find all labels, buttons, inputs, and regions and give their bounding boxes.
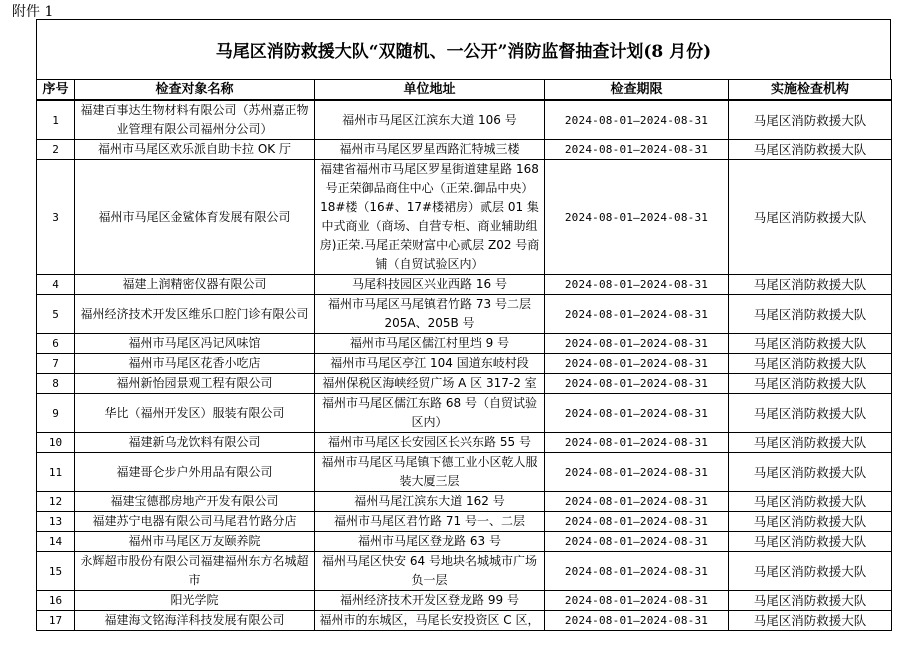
object-name: 福建新乌龙饮料有限公司 — [75, 433, 315, 453]
inspection-org: 马尾区消防救援大队 — [729, 374, 892, 394]
unit-address: 福州市马尾区马尾镇君竹路 73 号二层 205A、205B 号 — [315, 295, 545, 334]
row-number: 7 — [37, 354, 75, 374]
inspection-org: 马尾区消防救援大队 — [729, 552, 892, 591]
inspection-org: 马尾区消防救援大队 — [729, 532, 892, 552]
object-name: 福建海文铭海洋科技发展有限公司 — [75, 611, 315, 631]
unit-address: 福州市马尾区马尾镇下德工业小区乾人服装大厦三层 — [315, 453, 545, 492]
row-number: 3 — [37, 160, 75, 275]
table-row: 4福建上润精密仪器有限公司马尾科技园区兴业西路 16 号2024-08-01—2… — [37, 275, 892, 295]
header-address: 单位地址 — [315, 80, 545, 101]
inspection-org: 马尾区消防救援大队 — [729, 591, 892, 611]
object-name: 福州市马尾区万友颐养院 — [75, 532, 315, 552]
row-number: 16 — [37, 591, 75, 611]
inspection-org: 马尾区消防救援大队 — [729, 275, 892, 295]
unit-address: 福州市马尾区江滨东大道 106 号 — [315, 100, 545, 140]
row-number: 8 — [37, 374, 75, 394]
inspection-org: 马尾区消防救援大队 — [729, 334, 892, 354]
table-row: 7福州市马尾区花香小吃店福州市马尾区亭江 104 国道东岐村段2024-08-0… — [37, 354, 892, 374]
unit-address: 福州市马尾区君竹路 71 号一、二层 — [315, 512, 545, 532]
unit-address: 福州市马尾区登龙路 63 号 — [315, 532, 545, 552]
inspection-org: 马尾区消防救援大队 — [729, 394, 892, 433]
row-number: 5 — [37, 295, 75, 334]
table-row: 3福州市马尾区金鲨体育发展有限公司福建省福州市马尾区罗星街道建星路 168 号正… — [37, 160, 892, 275]
row-number: 9 — [37, 394, 75, 433]
object-name: 福州市马尾区冯记风味馆 — [75, 334, 315, 354]
object-name: 福州经济技术开发区维乐口腔门诊有限公司 — [75, 295, 315, 334]
inspection-org: 马尾区消防救援大队 — [729, 492, 892, 512]
inspection-org: 马尾区消防救援大队 — [729, 354, 892, 374]
table-row: 11福建哥仑步户外用品有限公司福州市马尾区马尾镇下德工业小区乾人服装大厦三层20… — [37, 453, 892, 492]
object-name: 福建苏宁电器有限公司马尾君竹路分店 — [75, 512, 315, 532]
unit-address: 马尾科技园区兴业西路 16 号 — [315, 275, 545, 295]
object-name: 福建上润精密仪器有限公司 — [75, 275, 315, 295]
row-number: 11 — [37, 453, 75, 492]
table-row: 6福州市马尾区冯记风味馆福州市马尾区儒江村里垱 9 号2024-08-01—20… — [37, 334, 892, 354]
table-row: 12福建宝德郡房地产开发有限公司福州马尾江滨东大道 162 号2024-08-0… — [37, 492, 892, 512]
unit-address: 福州马尾江滨东大道 162 号 — [315, 492, 545, 512]
inspection-table: 序号 检查对象名称 单位地址 检查期限 实施检查机构 1福建百事达生物材料有限公… — [36, 79, 892, 631]
inspection-period: 2024-08-01—2024-08-31 — [545, 160, 729, 275]
row-number: 1 — [37, 100, 75, 140]
attachment-label: 附件 1 — [12, 1, 53, 21]
table-row: 16阳光学院福州经济技术开发区登龙路 99 号2024-08-01—2024-0… — [37, 591, 892, 611]
unit-address: 福州市马尾区儒江东路 68 号（自贸试验区内） — [315, 394, 545, 433]
header-period: 检查期限 — [545, 80, 729, 101]
unit-address: 福州市马尾区罗星西路汇特城三楼 — [315, 140, 545, 160]
inspection-period: 2024-08-01—2024-08-31 — [545, 295, 729, 334]
table-row: 13福建苏宁电器有限公司马尾君竹路分店福州市马尾区君竹路 71 号一、二层202… — [37, 512, 892, 532]
row-number: 13 — [37, 512, 75, 532]
inspection-period: 2024-08-01—2024-08-31 — [545, 492, 729, 512]
inspection-period: 2024-08-01—2024-08-31 — [545, 275, 729, 295]
unit-address: 福州市马尾区长安园区长兴东路 55 号 — [315, 433, 545, 453]
document-title: 马尾区消防救援大队“双随机、一公开”消防监督抽查计划(8 月份) — [36, 19, 891, 79]
inspection-period: 2024-08-01—2024-08-31 — [545, 354, 729, 374]
unit-address: 福州保税区海峡经贸广场 A 区 317-2 室 — [315, 374, 545, 394]
inspection-period: 2024-08-01—2024-08-31 — [545, 334, 729, 354]
object-name: 福建宝德郡房地产开发有限公司 — [75, 492, 315, 512]
object-name: 福州市马尾区金鲨体育发展有限公司 — [75, 160, 315, 275]
inspection-org: 马尾区消防救援大队 — [729, 100, 892, 140]
table-row: 14福州市马尾区万友颐养院福州市马尾区登龙路 63 号2024-08-01—20… — [37, 532, 892, 552]
object-name: 福建哥仑步户外用品有限公司 — [75, 453, 315, 492]
row-number: 6 — [37, 334, 75, 354]
inspection-period: 2024-08-01—2024-08-31 — [545, 512, 729, 532]
object-name: 福建百事达生物材料有限公司（苏州嘉正物业管理有限公司福州分公司） — [75, 100, 315, 140]
inspection-plan-sheet: 马尾区消防救援大队“双随机、一公开”消防监督抽查计划(8 月份) 序号 检查对象… — [36, 19, 891, 631]
inspection-org: 马尾区消防救援大队 — [729, 512, 892, 532]
table-row: 8福州新怡园景观工程有限公司福州保税区海峡经贸广场 A 区 317-2 室202… — [37, 374, 892, 394]
inspection-period: 2024-08-01—2024-08-31 — [545, 394, 729, 433]
object-name: 华比（福州开发区）服装有限公司 — [75, 394, 315, 433]
inspection-period: 2024-08-01—2024-08-31 — [545, 100, 729, 140]
object-name: 福州市马尾区花香小吃店 — [75, 354, 315, 374]
table-row: 15永辉超市股份有限公司福建福州东方名城超市福州马尾区快安 64 号地块名城城市… — [37, 552, 892, 591]
unit-address: 福州市马尾区儒江村里垱 9 号 — [315, 334, 545, 354]
table-row: 5福州经济技术开发区维乐口腔门诊有限公司福州市马尾区马尾镇君竹路 73 号二层 … — [37, 295, 892, 334]
object-name: 福州新怡园景观工程有限公司 — [75, 374, 315, 394]
inspection-org: 马尾区消防救援大队 — [729, 453, 892, 492]
table-row: 17福建海文铭海洋科技发展有限公司福州市的东城区，马尾长安投资区 C 区，202… — [37, 611, 892, 631]
table-row: 9华比（福州开发区）服装有限公司福州市马尾区儒江东路 68 号（自贸试验区内）2… — [37, 394, 892, 433]
unit-address: 福州市的东城区，马尾长安投资区 C 区， — [315, 611, 545, 631]
row-number: 2 — [37, 140, 75, 160]
inspection-org: 马尾区消防救援大队 — [729, 295, 892, 334]
unit-address: 福州马尾区快安 64 号地块名城城市广场负一层 — [315, 552, 545, 591]
inspection-period: 2024-08-01—2024-08-31 — [545, 591, 729, 611]
header-no: 序号 — [37, 80, 75, 101]
object-name: 阳光学院 — [75, 591, 315, 611]
header-name: 检查对象名称 — [75, 80, 315, 101]
unit-address: 福建省福州市马尾区罗星街道建星路 168 号正荣御品商住中心（正荣.御品中央）1… — [315, 160, 545, 275]
row-number: 15 — [37, 552, 75, 591]
table-row: 2福州市马尾区欢乐派自助卡拉 OK 厅福州市马尾区罗星西路汇特城三楼2024-0… — [37, 140, 892, 160]
inspection-period: 2024-08-01—2024-08-31 — [545, 374, 729, 394]
row-number: 12 — [37, 492, 75, 512]
row-number: 17 — [37, 611, 75, 631]
inspection-org: 马尾区消防救援大队 — [729, 160, 892, 275]
row-number: 10 — [37, 433, 75, 453]
table-row: 1福建百事达生物材料有限公司（苏州嘉正物业管理有限公司福州分公司）福州市马尾区江… — [37, 100, 892, 140]
inspection-period: 2024-08-01—2024-08-31 — [545, 140, 729, 160]
inspection-period: 2024-08-01—2024-08-31 — [545, 552, 729, 591]
object-name: 福州市马尾区欢乐派自助卡拉 OK 厅 — [75, 140, 315, 160]
row-number: 14 — [37, 532, 75, 552]
object-name: 永辉超市股份有限公司福建福州东方名城超市 — [75, 552, 315, 591]
inspection-org: 马尾区消防救援大队 — [729, 140, 892, 160]
table-header-row: 序号 检查对象名称 单位地址 检查期限 实施检查机构 — [37, 80, 892, 101]
inspection-period: 2024-08-01—2024-08-31 — [545, 532, 729, 552]
inspection-period: 2024-08-01—2024-08-31 — [545, 611, 729, 631]
inspection-period: 2024-08-01—2024-08-31 — [545, 433, 729, 453]
table-row: 10福建新乌龙饮料有限公司福州市马尾区长安园区长兴东路 55 号2024-08-… — [37, 433, 892, 453]
inspection-org: 马尾区消防救援大队 — [729, 611, 892, 631]
inspection-period: 2024-08-01—2024-08-31 — [545, 453, 729, 492]
unit-address: 福州市马尾区亭江 104 国道东岐村段 — [315, 354, 545, 374]
unit-address: 福州经济技术开发区登龙路 99 号 — [315, 591, 545, 611]
inspection-org: 马尾区消防救援大队 — [729, 433, 892, 453]
row-number: 4 — [37, 275, 75, 295]
header-org: 实施检查机构 — [729, 80, 892, 101]
